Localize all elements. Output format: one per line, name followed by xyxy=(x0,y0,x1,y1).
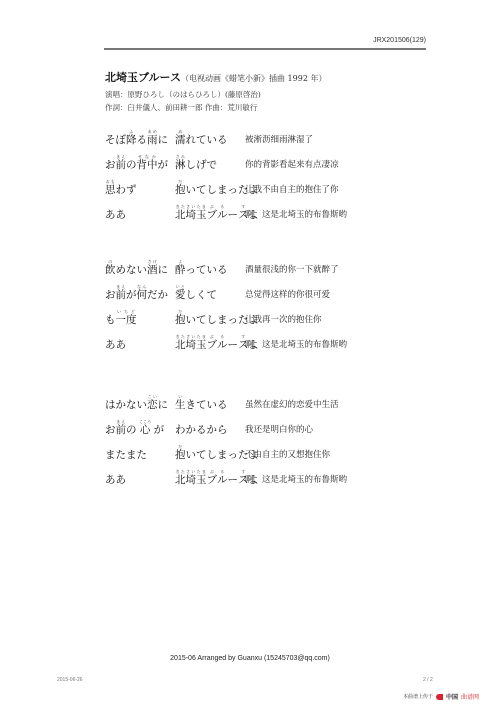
chinese-translation: 啊，这是北埼玉的布鲁斯哟 xyxy=(245,474,347,486)
japanese-phrase-2: 淋さみしげで xyxy=(175,154,217,171)
japanese-lyric: 思おもわず抱だいてしまったよ xyxy=(105,179,137,196)
japanese-phrase-1: ああ xyxy=(105,474,126,486)
furigana-reading: せなか xyxy=(137,154,158,159)
furigana-reading: ぬ xyxy=(175,129,186,134)
furigana-reading: まえ xyxy=(116,284,127,289)
furigana-word: 抱だ xyxy=(175,314,186,326)
furigana-reading: まえ xyxy=(116,154,127,159)
header-rule xyxy=(104,48,426,50)
japanese-lyric: お前まえが何なんだか愛いとしくて xyxy=(105,284,168,301)
furigana-reading: だ xyxy=(175,179,186,184)
furigana-reading: ぶ xyxy=(207,469,218,474)
furigana-reading: ぶ xyxy=(207,204,218,209)
furigana-word: ブぶ xyxy=(207,474,218,486)
watermark-site-name: 中国 xyxy=(446,692,458,701)
japanese-phrase-1: またまた xyxy=(105,449,147,461)
furigana-reading: こころ xyxy=(139,419,151,424)
japanese-lyric: ああ北埼玉きたさいたまブぶルるースすよ xyxy=(105,339,126,351)
japanese-phrase-1: お前まえの背中せなかが xyxy=(105,159,168,171)
chinese-translation: 总觉得这样的你很可爱 xyxy=(245,289,330,301)
lyric-line: お前まえの背中せなかが淋さみしげで你的背影看起来有点凄凉 xyxy=(105,149,405,171)
lyric-line: そぼ降ふる雨あめに濡ぬれている被淅沥细雨淋湿了 xyxy=(105,124,405,146)
japanese-phrase-2: 酔よっている xyxy=(175,259,228,276)
site-logo-icon xyxy=(436,694,443,700)
furigana-reading: の xyxy=(105,259,116,264)
japanese-lyric: 飲のめない酒さけに酔よっている xyxy=(105,259,168,276)
japanese-lyric: お前まえの 心こころ がわかるから xyxy=(105,419,164,436)
lyric-line: ああ北埼玉きたさいたまブぶルるースすよ啊，这是北埼玉的布鲁斯哟 xyxy=(105,464,405,486)
credits-info: 作詞：臼井儀人、前田耕一郎 作曲：荒川敏行 xyxy=(105,102,257,113)
furigana-word: 酔よ xyxy=(175,264,186,276)
furigana-reading: きたさいたま xyxy=(175,469,207,474)
chinese-translation: 酒量很浅的你一下就醉了 xyxy=(245,264,339,276)
japanese-phrase-1: 思おもわず xyxy=(105,184,137,196)
document-code: JRX201506(129) xyxy=(360,37,426,44)
title-subtitle: （电视动画《蜡笔小新》插曲 1992 年） xyxy=(181,74,326,83)
furigana-reading: い xyxy=(175,394,186,399)
furigana-word: 生い xyxy=(175,399,186,411)
lyric-kana: はかない xyxy=(105,399,147,411)
lyric-kana: だか xyxy=(147,289,168,301)
chinese-translation: 被淅沥细雨淋湿了 xyxy=(245,134,313,146)
footer-date: 2015-06-26 xyxy=(57,677,83,683)
furigana-word: 北埼玉きたさいたま xyxy=(175,474,207,486)
chinese-translation: 虽然在虚幻的恋爱中生活 xyxy=(245,399,339,411)
lyric-line: 思おもわず抱だいてしまったよ让我不由自主的抱住了你 xyxy=(105,174,405,196)
furigana-word: 前まえ xyxy=(116,159,127,171)
lyric-line: はかない恋こいに生いきている虽然在虚幻的恋爱中生活 xyxy=(105,389,405,411)
furigana-reading: よ xyxy=(175,259,186,264)
lyric-kana: そぼ xyxy=(105,134,126,146)
japanese-phrase-1: も一度いちど xyxy=(105,314,137,326)
watermark-site-suffix: 曲谱网 xyxy=(461,692,479,701)
lyric-kana: お xyxy=(105,289,116,301)
lyric-line: またまた抱だいてしまったよ不由自主的又想抱住你 xyxy=(105,439,405,461)
furigana-word: ルる xyxy=(217,474,228,486)
lyric-kana: ああ xyxy=(105,339,126,351)
japanese-phrase-1: はかない恋こいに xyxy=(105,399,168,411)
furigana-reading: る xyxy=(217,334,228,339)
furigana-word: 北埼玉きたさいたま xyxy=(175,209,207,221)
japanese-phrase-1: ああ xyxy=(105,209,126,221)
watermark: 本曲谱上传于 中国曲谱网 xyxy=(403,692,479,701)
chinese-translation: 让我再一次的抱住你 xyxy=(245,314,322,326)
arranger-credit: 2015-06 Arranged by Guanxu (15245703@qq.… xyxy=(0,655,500,662)
furigana-reading: なん xyxy=(137,284,148,289)
japanese-phrase-2: わかるから xyxy=(175,424,228,436)
furigana-reading: まえ xyxy=(116,419,127,424)
lyric-kana: が xyxy=(158,159,169,171)
furigana-reading: おも xyxy=(105,179,116,184)
song-title: 北埼玉ブルース（电视动画《蜡笔小新》插曲 1992 年） xyxy=(105,66,326,85)
furigana-word: 淋さみ xyxy=(175,159,186,171)
lyric-kana: お xyxy=(105,424,116,436)
chinese-translation: 让我不由自主的抱住了你 xyxy=(245,184,339,196)
singer-info: 演唱：原野ひろし（のはらひろし）(藤原啓治) xyxy=(105,89,261,100)
japanese-lyric: も一度いちど抱だいてしまったよ xyxy=(105,309,137,326)
furigana-reading: きたさいたま xyxy=(175,334,207,339)
furigana-word: 前まえ xyxy=(116,289,127,301)
furigana-word: 一度いちど xyxy=(116,314,137,326)
furigana-word: 抱だ xyxy=(175,449,186,461)
furigana-reading: いちど xyxy=(116,309,137,314)
lyric-kana: めない xyxy=(116,264,148,276)
lyric-kana: っている xyxy=(186,264,228,276)
lyric-kana: ああ xyxy=(105,209,126,221)
furigana-reading: あめ xyxy=(147,129,158,134)
furigana-reading: こい xyxy=(147,394,158,399)
chinese-translation: 不由自主的又想抱住你 xyxy=(245,449,330,461)
title-main: 北埼玉ブルース xyxy=(105,71,181,84)
furigana-word: 酒さけ xyxy=(147,264,158,276)
furigana-word: 何なん xyxy=(137,289,148,301)
japanese-phrase-1: ああ xyxy=(105,339,126,351)
furigana-word: ルる xyxy=(217,339,228,351)
lyric-line: お前まえが何なんだか愛いとしくて总觉得这样的你很可爱 xyxy=(105,279,405,301)
lyric-kana: ああ xyxy=(105,474,126,486)
chinese-translation: 你的背影看起来有点凄凉 xyxy=(245,159,339,171)
lyric-kana: に xyxy=(158,264,169,276)
furigana-word: 飲の xyxy=(105,264,116,276)
furigana-reading: だ xyxy=(175,444,186,449)
lyric-kana: お xyxy=(105,159,116,171)
page-number: 2 / 2 xyxy=(423,677,433,683)
furigana-reading: ぶ xyxy=(207,334,218,339)
lyric-line: も一度いちど抱だいてしまったよ让我再一次的抱住你 xyxy=(105,304,405,326)
furigana-reading: る xyxy=(217,469,228,474)
lyric-kana: ー xyxy=(228,209,239,221)
lyric-kana: またまた xyxy=(105,449,147,461)
furigana-word: 恋こい xyxy=(147,399,158,411)
furigana-word: 雨あめ xyxy=(147,134,158,146)
furigana-reading: ふ xyxy=(126,129,137,134)
furigana-word: 背中せなか xyxy=(137,159,158,171)
japanese-lyric: そぼ降ふる雨あめに濡ぬれている xyxy=(105,129,168,146)
lyric-kana: に xyxy=(158,134,169,146)
furigana-reading: いと xyxy=(175,284,186,289)
lyric-line: 飲のめない酒さけに酔よっている酒量很浅的你一下就醉了 xyxy=(105,254,405,276)
lyric-kana: ー xyxy=(228,339,239,351)
furigana-reading: る xyxy=(217,204,228,209)
japanese-lyric: ああ北埼玉きたさいたまブぶルるースすよ xyxy=(105,209,126,221)
japanese-lyric: ああ北埼玉きたさいたまブぶルるースすよ xyxy=(105,474,126,486)
lyric-kana: が xyxy=(150,424,164,436)
furigana-reading: さけ xyxy=(147,259,158,264)
furigana-word: ルる xyxy=(217,209,228,221)
furigana-word: 北埼玉きたさいたま xyxy=(175,339,207,351)
lyric-kana: しくて xyxy=(186,289,218,301)
lyric-kana: に xyxy=(158,399,169,411)
lyric-line: ああ北埼玉きたさいたまブぶルるースすよ啊，这是北埼玉的布鲁斯哟 xyxy=(105,329,405,351)
japanese-lyric: お前まえの背中せなかが淋さみしげで xyxy=(105,154,168,171)
furigana-word: 愛いと xyxy=(175,289,186,301)
furigana-word: ブぶ xyxy=(207,339,218,351)
furigana-reading: さみ xyxy=(175,154,186,159)
lyric-line: ああ北埼玉きたさいたまブぶルるースすよ啊，这是北埼玉的布鲁斯哟 xyxy=(105,199,405,221)
lyric-kana: の xyxy=(126,159,137,171)
lyric-kana: も xyxy=(105,314,116,326)
furigana-word: 降ふ xyxy=(126,134,137,146)
lyric-kana: きている xyxy=(186,399,228,411)
japanese-phrase-2: 濡ぬれている xyxy=(175,129,228,146)
furigana-word: 濡ぬ xyxy=(175,134,186,146)
japanese-phrase-1: お前まえが何なんだか xyxy=(105,289,168,301)
furigana-reading: だ xyxy=(175,309,186,314)
lyric-kana: の xyxy=(126,424,140,436)
japanese-lyric: またまた抱だいてしまったよ xyxy=(105,449,147,461)
furigana-word: 心こころ xyxy=(140,424,151,436)
lyric-kana: れている xyxy=(186,134,228,146)
chinese-translation: 我还是明白你的心 xyxy=(245,424,313,436)
japanese-phrase-1: そぼ降ふる雨あめに xyxy=(105,134,168,146)
lyric-kana: ー xyxy=(228,474,239,486)
watermark-prefix: 本曲谱上传于 xyxy=(403,693,433,700)
furigana-word: 抱だ xyxy=(175,184,186,196)
lyric-kana: わず xyxy=(116,184,137,196)
japanese-phrase-2: 生いきている xyxy=(175,394,228,411)
lyric-kana: が xyxy=(126,289,137,301)
lyric-kana: しげで xyxy=(186,159,218,171)
lyric-kana: わかるから xyxy=(175,424,228,436)
japanese-phrase-1: お前まえの 心こころ が xyxy=(105,424,164,436)
japanese-phrase-2: 愛いとしくて xyxy=(175,284,217,301)
japanese-phrase-1: 飲のめない酒さけに xyxy=(105,264,168,276)
chinese-translation: 啊，这是北埼玉的布鲁斯哟 xyxy=(245,339,347,351)
chinese-translation: 啊，这是北埼玉的布鲁斯哟 xyxy=(245,209,347,221)
furigana-word: 前まえ xyxy=(116,424,127,436)
lyric-line: お前まえの 心こころ がわかるから我还是明白你的心 xyxy=(105,414,405,436)
furigana-word: ブぶ xyxy=(207,209,218,221)
furigana-reading: きたさいたま xyxy=(175,204,207,209)
lyric-kana: る xyxy=(137,134,148,146)
japanese-lyric: はかない恋こいに生いきている xyxy=(105,394,168,411)
furigana-word: 思おも xyxy=(105,184,116,196)
